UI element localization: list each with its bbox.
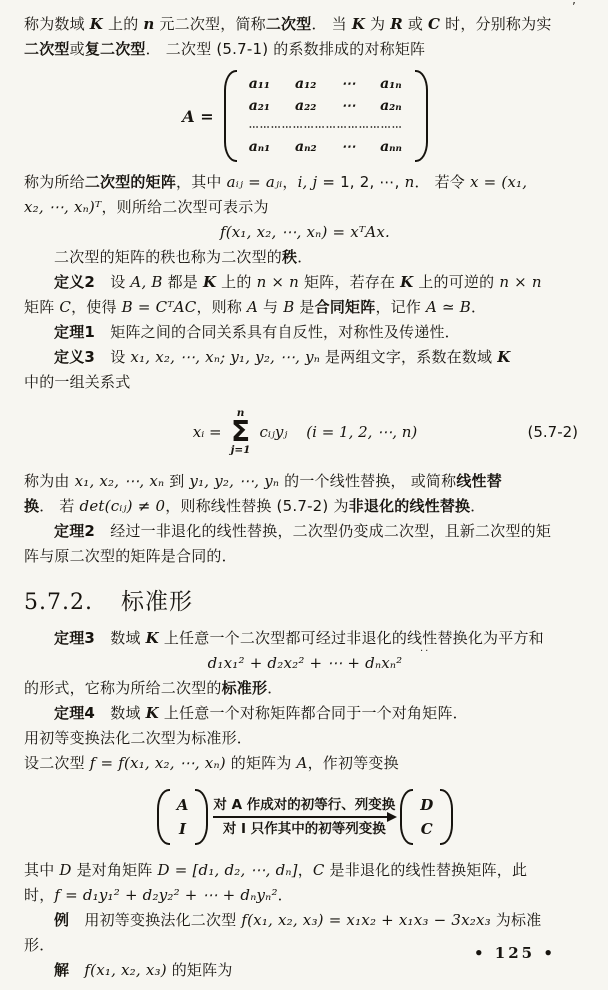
text-segment: 矩阵，若存在	[299, 273, 400, 291]
text-segment: x₁, x₂, ⋯, xₙ	[75, 472, 165, 490]
text-segment: ，其中	[176, 173, 227, 191]
text-segment: x₁, x₂, ⋯, xₙ; y₁, y₂, ⋯, yₙ	[130, 348, 320, 366]
matrix-cell: aₙ₁	[249, 140, 271, 155]
text-segment: 二次型的矩阵的秩也称为二次型的	[54, 248, 282, 266]
text-line: d₁x₁² + d₂x₂² + ⋯ + dₙxₙ²	[24, 651, 586, 676]
right-paren	[415, 70, 428, 162]
text-segment: ．	[471, 298, 486, 316]
text-segment: ，作初等变换	[308, 754, 399, 772]
text-line: 换． 若 det(cᵢⱼ) ≠ 0，则称线性替换 (5.7-2) 为非退化的线性…	[24, 494, 586, 519]
text-segment: 经过一非退化的线性替换，二次型仍变成二次型，且新二次型的矩	[95, 522, 551, 540]
text-segment: K	[146, 629, 159, 647]
text-segment: A	[297, 754, 308, 772]
right-paren	[195, 789, 208, 845]
text-segment: B	[283, 298, 294, 316]
text-segment: 或	[403, 15, 428, 33]
block-entry-top: A	[177, 796, 189, 814]
text-segment: 用初等变换法化二次型	[69, 911, 241, 929]
text-line: 称为所给二次型的矩阵，其中 aᵢⱼ = aⱼᵢ，i, j = 1, 2, ⋯, …	[24, 170, 586, 195]
text-segment: ，记作	[375, 298, 426, 316]
text-segment: 定理2	[54, 522, 95, 540]
section-title: 标准形	[121, 589, 193, 615]
text-segment: C	[428, 15, 440, 33]
text-segment: A	[247, 298, 258, 316]
text-line: 中的一组关系式	[24, 370, 586, 395]
text-segment: 为标准	[491, 911, 542, 929]
text-segment: 是非退化的线性替换矩阵，此	[325, 861, 528, 879]
text-line: 定理1 矩阵之间的合同关系具有自反性，对称性及传递性．	[24, 320, 586, 345]
text-segment: 称为数域	[24, 15, 90, 33]
text-segment: 时，	[24, 886, 54, 904]
text-segment: 例	[54, 911, 69, 929]
text-line: 例 用初等变换法化二次型 f(x₁, x₂, x₃) = x₁x₂ + x₁x₃…	[24, 908, 586, 933]
block-entry-top: D	[420, 796, 433, 814]
paragraph-standard-form: 定理3 数域 K 上任意一个二次型都可经过非退化的线性替换化为平方和d₁x₁² …	[24, 626, 586, 776]
paragraph-matrix-def: 称为所给二次型的矩阵，其中 aᵢⱼ = aⱼᵢ，i, j = 1, 2, ⋯, …	[24, 170, 586, 395]
matrix-cell: a₁ₙ	[380, 77, 403, 92]
text-segment: ．	[470, 497, 485, 515]
text-segment: 上的	[103, 15, 143, 33]
text-segment: K	[400, 273, 413, 291]
text-segment: B = CᵀAC	[122, 298, 197, 316]
text-segment: aᵢⱼ = aⱼᵢ	[227, 173, 283, 191]
text-segment: K	[90, 15, 103, 33]
text-segment: 用初等变换法化二次型为标准形．	[24, 729, 252, 747]
sum-lhs: xᵢ =	[193, 423, 222, 441]
text-segment: 上的可逆的	[413, 273, 499, 291]
text-segment: 矩阵	[24, 298, 59, 316]
arrow-label-below: 对 I 只作其中的初等列变换	[223, 819, 386, 839]
matrix-cell: aₙₙ	[380, 140, 403, 155]
text-segment: ．	[297, 248, 312, 266]
text-segment: 定理3	[54, 629, 95, 647]
matrix-cell: a₁₂	[295, 77, 317, 92]
text-segment: 定义2	[54, 273, 95, 291]
text-segment: K	[352, 15, 365, 33]
right-arrow-icon	[213, 816, 395, 818]
text-segment: 数域	[95, 704, 146, 722]
text-segment: f(x₁, x₂, x₃) = x₁x₂ + x₁x₃ − 3x₂x₃	[241, 911, 490, 929]
text-segment: d₁x₁² + d₂x₂² + ⋯ + dₙxₙ²	[208, 654, 403, 672]
text-segment: A ≃ B	[426, 298, 471, 316]
text-line: 定理4 数域 K 上任意一个对称矩阵都合同于一个对角矩阵．	[24, 701, 586, 726]
text-segment: 是对角矩阵	[72, 861, 158, 879]
text-segment: f = f(x₁, x₂, ⋯, xₙ)	[90, 754, 226, 772]
matrix-cell: a₁₁	[249, 77, 271, 92]
text-segment: ． 当	[311, 15, 351, 33]
text-line: 时，f = d₁y₁² + d₂y₂² + ⋯ + dₙyₙ²．	[24, 883, 586, 908]
right-paren	[440, 789, 453, 845]
text-segment: ．	[267, 679, 282, 697]
text-segment: 二次型	[24, 40, 70, 58]
text-line: 二次型的矩阵的秩也称为二次型的秩．	[24, 245, 586, 270]
text-segment: 复二次型	[85, 40, 146, 58]
text-segment: i, j	[298, 173, 318, 191]
text-segment	[69, 961, 84, 979]
text-segment: 设	[95, 348, 130, 366]
matrix-display: A = a₁₁a₁₂⋯a₁ₙa₂₁a₂₂⋯a₂ₙ⋯⋯⋯⋯⋯⋯⋯⋯⋯⋯⋯⋯⋯⋯aₙ…	[24, 70, 586, 162]
text-segment: 或	[70, 40, 85, 58]
text-line: 阵与原二次型的矩阵是合同的．	[24, 544, 586, 569]
text-segment: x = (x₁,	[470, 173, 527, 191]
matrix-cell: aₙ₂	[295, 140, 317, 155]
section-number: 5.7.2.	[24, 590, 93, 615]
text-segment: 秩	[282, 248, 297, 266]
transformation-arrow: 对 A 作成对的初等行、列变换 对 I 只作其中的初等列变换	[213, 795, 395, 840]
matrix-cell: a₂₁	[249, 99, 271, 114]
text-line: 其中 D 是对角矩阵 D = [d₁, d₂, ⋯, dₙ]，C 是非退化的线性…	[24, 858, 586, 883]
matrix-cell: ⋯	[341, 99, 356, 114]
text-segment: K	[203, 273, 216, 291]
text-segment: D	[59, 861, 71, 879]
text-segment: 称为所给	[24, 173, 85, 191]
text-segment: ，则称线性替换 (5.7-2) 为	[165, 497, 348, 515]
text-line: 定理2 经过一非退化的线性替换，二次型仍变成二次型，且新二次型的矩	[24, 519, 586, 544]
text-segment: ．	[278, 886, 293, 904]
text-segment: 形．	[24, 936, 54, 954]
sigma-icon: Σ	[231, 419, 250, 446]
text-segment: 元二次型，简称	[154, 15, 265, 33]
text-segment: f(x₁, x₂, ⋯, xₙ) = xᵀAx.	[220, 223, 390, 241]
left-paren	[157, 789, 170, 845]
text-segment: 定义3	[54, 348, 95, 366]
text-segment: n	[405, 173, 415, 191]
text-segment: 阵与原二次型的矩阵是合同的．	[24, 547, 237, 565]
text-segment: ，	[282, 173, 297, 191]
arrow-label-above: 对 A 作成对的初等行、列变换	[213, 795, 395, 815]
left-block-matrix: A I	[157, 789, 209, 845]
text-segment: A, B	[130, 273, 162, 291]
text-segment: n × n	[257, 273, 299, 291]
text-line: 设二次型 f = f(x₁, x₂, ⋯, xₙ) 的矩阵为 A，作初等变换	[24, 751, 586, 776]
text-segment: 换	[24, 497, 39, 515]
text-segment: 其中	[24, 861, 59, 879]
right-block-matrix: D C	[400, 789, 453, 845]
text-segment: 为	[365, 15, 390, 33]
text-segment: ，则称	[196, 298, 247, 316]
block-entry-bottom: C	[421, 820, 433, 838]
sum-formula: xᵢ = n Σ j=1 cᵢⱼyⱼ (i = 1, 2, ⋯, n) (5.7…	[24, 404, 586, 460]
sum-condition: (i = 1, 2, ⋯, n)	[306, 423, 417, 441]
page-body: 称为数域 K 上的 n 元二次型，简称二次型． 当 K 为 R 或 C 时，分别…	[24, 12, 586, 983]
text-line: x₂, ⋯, xₙ)ᵀ，则所给二次型可表示为	[24, 195, 586, 220]
text-segment: 设二次型	[24, 754, 90, 772]
sigma-operator: n Σ j=1	[231, 408, 251, 456]
text-line: 定理3 数域 K 上任意一个二次型都可经过非退化的线性替换化为平方和	[24, 626, 586, 651]
text-segment: 矩阵之间的合同关系具有自反性，对称性及传递性．	[95, 323, 460, 341]
text-segment: n	[143, 15, 154, 33]
text-segment: 是	[294, 298, 314, 316]
text-segment: K	[146, 704, 159, 722]
text-segment: C	[59, 298, 71, 316]
text-segment: 数域	[95, 629, 146, 647]
text-line: f(x₁, x₂, ⋯, xₙ) = xᵀAx.	[24, 220, 586, 245]
text-segment: 的矩阵为	[226, 754, 297, 772]
matrix-cell: a₂ₙ	[380, 99, 403, 114]
left-paren	[224, 70, 237, 162]
text-segment: C	[313, 861, 325, 879]
page-number: • 125 •	[474, 944, 556, 962]
matrix-dots-row: ⋯⋯⋯⋯⋯⋯⋯⋯⋯⋯⋯⋯⋯⋯	[249, 122, 403, 133]
text-line: 二次型或复二次型． 二次型 (5.7-1) 的系数排成的对称矩阵	[24, 37, 586, 62]
text-segment: 是两组文字，系数在数域	[320, 348, 497, 366]
paragraph-intro: 称为数域 K 上的 n 元二次型，简称二次型． 当 K 为 R 或 C 时，分别…	[24, 12, 586, 62]
left-paren	[400, 789, 413, 845]
text-segment: n × n	[499, 273, 541, 291]
text-segment: 的矩阵为	[167, 961, 233, 979]
section-heading: 5.7.2.标准形	[24, 583, 586, 616]
text-segment: 定理1	[54, 323, 95, 341]
text-segment: 二次型的矩阵	[85, 173, 176, 191]
text-segment: D = [d₁, d₂, ⋯, dₙ]	[158, 861, 298, 879]
text-segment: ，使得	[71, 298, 122, 316]
matrix-cell: ⋯	[341, 140, 356, 155]
matrix-lhs: A =	[182, 107, 213, 126]
text-segment: 与	[258, 298, 283, 316]
text-segment: 定理4	[54, 704, 95, 722]
text-segment: 上任意一个对称矩阵都合同于一个对角矩阵．	[159, 704, 468, 722]
text-segment: f = d₁y₁² + d₂y₂² + ⋯ + dₙyₙ²	[54, 886, 277, 904]
text-segment: 的形式，它称为所给二次型的	[24, 679, 222, 697]
text-segment: 上任意一个二次型都可经过非退化的线性替换化为平方和	[159, 629, 544, 647]
text-segment: = 1, 2, ⋯,	[317, 173, 404, 191]
text-segment: 标准形	[222, 679, 268, 697]
text-segment: y₁, y₂, ⋯, yₙ	[189, 472, 279, 490]
text-segment: ，则所给二次型可表示为	[101, 198, 268, 216]
matrix-grid: a₁₁a₁₂⋯a₁ₙa₂₁a₂₂⋯a₂ₙ⋯⋯⋯⋯⋯⋯⋯⋯⋯⋯⋯⋯⋯⋯aₙ₁aₙ₂…	[237, 70, 415, 162]
text-segment: ． 若	[39, 497, 79, 515]
text-segment: 合同矩阵	[315, 298, 376, 316]
text-line: 定义2 设 A, B 都是 K 上的 n × n 矩阵，若存在 K 上的可逆的 …	[24, 270, 586, 295]
text-line: 定义3 设 x₁, x₂, ⋯, xₙ; y₁, y₂, ⋯, yₙ 是两组文字…	[24, 345, 586, 370]
text-line: 用初等变换法化二次型为标准形．	[24, 726, 586, 751]
text-segment: 称为由	[24, 472, 75, 490]
text-segment: f(x₁, x₂, x₃)	[84, 961, 166, 979]
text-segment: 上的	[216, 273, 256, 291]
text-segment: ． 若令	[414, 173, 470, 191]
block-entry-bottom: I	[179, 820, 186, 838]
sum-body: cᵢⱼyⱼ	[259, 423, 287, 441]
text-segment: 解	[54, 961, 69, 979]
text-line: 称为数域 K 上的 n 元二次型，简称二次型． 当 K 为 R 或 C 时，分别…	[24, 12, 586, 37]
text-segment: 非退化的线性替换	[349, 497, 471, 515]
text-segment: det(cᵢⱼ) ≠ 0	[80, 497, 166, 515]
matrix-cell: ⋯	[341, 77, 356, 92]
text-segment: ，	[298, 861, 313, 879]
text-segment: x₂, ⋯, xₙ)ᵀ	[24, 198, 101, 216]
sigma-lower-limit: j=1	[231, 445, 251, 456]
equation-tag: (5.7-2)	[527, 423, 578, 441]
text-line: 称为由 x₁, x₂, ⋯, xₙ 到 y₁, y₂, ⋯, yₙ 的一个线性替…	[24, 469, 586, 494]
text-segment: 到	[164, 472, 189, 490]
matrix-cell: a₂₂	[295, 99, 317, 114]
paragraph-example: 其中 D 是对角矩阵 D = [d₁, d₂, ⋯, dₙ]，C 是非退化的线性…	[24, 858, 586, 983]
text-segment: 中的一组关系式	[24, 373, 130, 391]
text-segment: 线性替	[456, 472, 502, 490]
text-segment: 二次型	[266, 15, 312, 33]
text-segment: 时，分别称为实	[440, 15, 551, 33]
text-segment: R	[390, 15, 403, 33]
elementary-transformation-diagram: A I 对 A 作成对的初等行、列变换 对 I 只作其中的初等列变换 D C	[24, 785, 586, 849]
text-segment: 设	[95, 273, 130, 291]
text-segment: 的一个线性替换， 或简称	[279, 472, 456, 490]
text-segment: ． 二次型 (5.7-1) 的系数排成的对称矩阵	[146, 40, 426, 58]
text-segment: 都是	[163, 273, 203, 291]
text-segment: K	[497, 348, 510, 366]
text-line: 的形式，它称为所给二次型的标准形．	[24, 676, 586, 701]
paragraph-linear-substitution: 称为由 x₁, x₂, ⋯, xₙ 到 y₁, y₂, ⋯, yₙ 的一个线性替…	[24, 469, 586, 569]
text-line: 矩阵 C，使得 B = CᵀAC，则称 A 与 B 是合同矩阵，记作 A ≃ B…	[24, 295, 586, 320]
